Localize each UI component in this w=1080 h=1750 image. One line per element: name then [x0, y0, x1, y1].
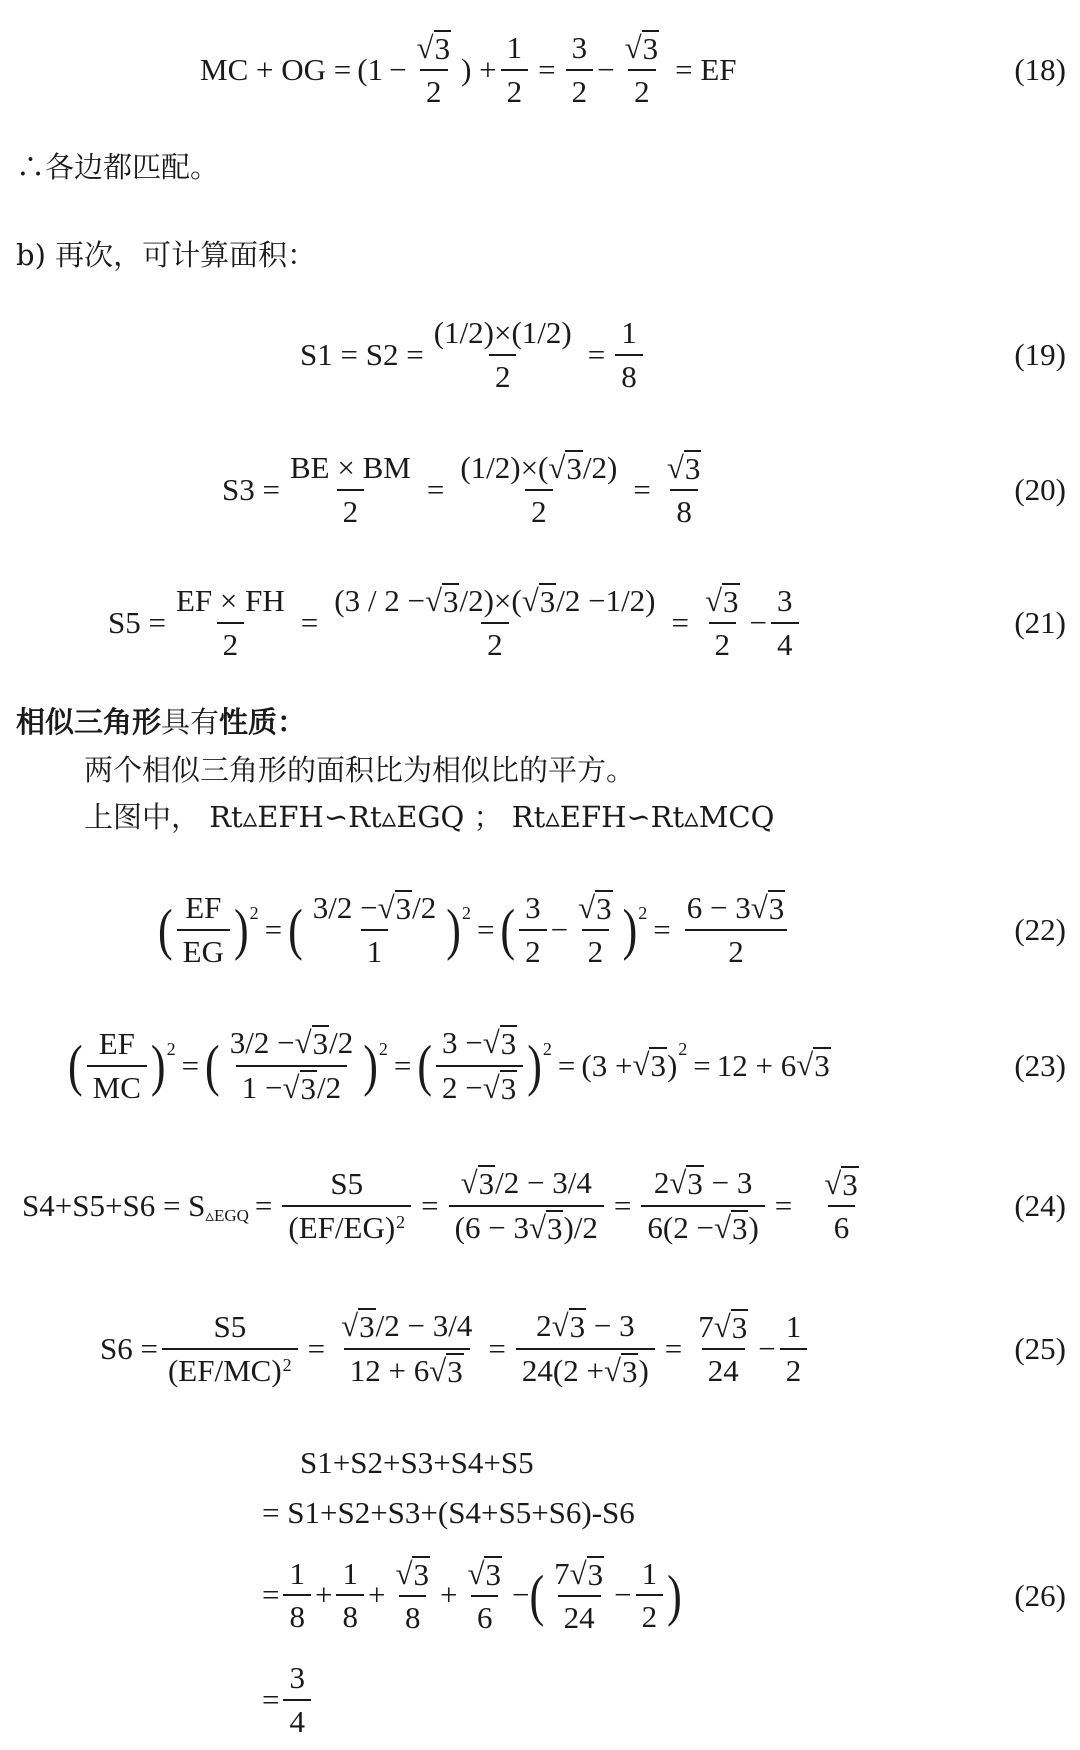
equation-20: S3 = BE × BM2 = (1/2)×(√3/2)2 = √38 (20) [0, 440, 1080, 540]
paren-close: ) [667, 1562, 682, 1628]
fraction: 18 [336, 1556, 364, 1635]
eq25-lhs: S6 = [100, 1331, 158, 1367]
paren-close: ) [527, 1032, 542, 1098]
fraction: √32 [411, 30, 458, 110]
fraction: 12 [780, 1309, 808, 1388]
plus: + [315, 1577, 332, 1613]
triangle-subscript: ▵EGQ [205, 1206, 248, 1226]
fraction: BE × BM2 [284, 450, 417, 529]
equation-26-result: = 34 [0, 1650, 1080, 1750]
fraction: 32 [566, 30, 594, 109]
equation-number: (26) [1014, 1578, 1066, 1614]
fraction: √38 [389, 1556, 436, 1636]
equation-19: S1 = S2 = (1/2)×(1/2)2 = 18 (19) [0, 305, 1080, 405]
equation-26-line3: = 18 + 18 + √38 + √36 − ( 7√324 − 12 ) (… [0, 1543, 1080, 1648]
equation-number: (25) [1014, 1331, 1066, 1367]
fraction: √32 [699, 583, 746, 663]
fraction: √3/2 − 3/412 + 6√3 [335, 1308, 478, 1388]
equals: = [665, 1331, 682, 1367]
fraction: √32 [572, 890, 619, 970]
sqrt-icon: √3 [283, 1070, 318, 1106]
fraction: 12 [636, 1556, 664, 1635]
sqrt-icon: √3 [625, 30, 660, 66]
sqrt-icon: √3 [552, 1308, 587, 1344]
equation-26-line2: = S1+S2+S3+(S4+S5+S6)-S6 [0, 1490, 1080, 1536]
paren-open: ( [68, 1032, 83, 1098]
equals: = [538, 52, 555, 88]
equation-18: MC + OG = (1 − √32 ) + 12 = 32 − √32 = E… [0, 20, 1080, 120]
paren-open: ( [500, 897, 515, 963]
sqrt-icon: √3 [483, 1025, 518, 1061]
equals: = [262, 1577, 279, 1613]
equals: = [614, 1188, 631, 1224]
equals: = [255, 1188, 272, 1224]
plus: + [440, 1577, 457, 1613]
fraction: 3/2 −√3/21 [307, 890, 443, 970]
minus: − [758, 1331, 775, 1367]
equation-23: (EFMC)2 = (3/2 −√3/21 −√3/2)2 = (3 −√32 … [0, 1013, 1080, 1118]
equation-21: S5 = EF × FH2 = (3 / 2 −√3/2)×(√3/2 −1/2… [0, 573, 1080, 673]
fraction: (1/2)×(√3/2)2 [454, 450, 623, 530]
paren-close: ) [623, 897, 638, 963]
paren-open: (1 [357, 52, 383, 88]
paren-close: ) [151, 1032, 166, 1098]
fraction: EF × FH2 [170, 583, 291, 662]
equals: = [693, 1048, 710, 1084]
paren-open: ( [529, 1562, 544, 1628]
sqrt-icon: √3 [669, 1165, 704, 1201]
paren-close: ) [234, 897, 249, 963]
heading-bold2: 性质 [219, 705, 277, 739]
equation-number: (18) [1014, 52, 1066, 88]
property-text: 两个相似三角形的面积比为相似比的平方。 [84, 748, 635, 789]
paren-close: ) [446, 897, 461, 963]
fraction: 12 [501, 30, 529, 109]
eq20-lhs: S3 = [222, 472, 280, 508]
heading-mid: 具有 [161, 705, 219, 739]
minus: − [551, 912, 568, 948]
sqrt-icon: √3 [548, 450, 583, 486]
sqrt-icon: √3 [570, 1556, 605, 1592]
equals: = [653, 912, 670, 948]
paren-open: ( [158, 897, 173, 963]
minus: − [614, 1577, 631, 1613]
eq18-rhs: = EF [675, 52, 736, 88]
sqrt-icon: √3 [395, 1556, 430, 1592]
equals: = [672, 605, 689, 641]
sqrt-icon: √3 [461, 1165, 496, 1201]
equation-number: (24) [1014, 1188, 1066, 1224]
plus: + [368, 1577, 385, 1613]
sqrt-icon: √3 [632, 1047, 667, 1083]
eq24-lhs: S4+S5+S6 = S [22, 1188, 205, 1224]
fraction: EFEG [177, 890, 230, 969]
equals: = [394, 1048, 411, 1084]
step-b-text: b) 再次，可计算面积： [16, 233, 316, 274]
equals: = [775, 1188, 792, 1224]
eq21-lhs: S5 = [108, 605, 166, 641]
eq26-line2: = S1+S2+S3+(S4+S5+S6)-S6 [262, 1495, 635, 1531]
sqrt-icon: √3 [796, 1047, 831, 1083]
equals: = [301, 605, 318, 641]
heading-colon: ： [277, 705, 306, 739]
sqrt-icon: √3 [751, 890, 786, 926]
sqrt-icon: √3 [425, 583, 460, 619]
sqrt-icon: √3 [341, 1308, 376, 1344]
fraction: √36 [818, 1166, 865, 1246]
fraction: S5(EF/MC)2 [162, 1309, 298, 1388]
fraction: 7√324 [548, 1556, 610, 1636]
fraction: (1/2)×(1/2)2 [428, 315, 578, 394]
sqrt-icon: √3 [714, 1309, 749, 1345]
fraction: 18 [615, 315, 643, 394]
paren-open: ( [205, 1032, 220, 1098]
equation-26-line1: S1+S2+S3+S4+S5 [0, 1440, 1080, 1486]
minus: − [389, 52, 406, 88]
sqrt-icon: √3 [295, 1025, 330, 1061]
fraction: 34 [771, 583, 799, 662]
sqrt-icon: √3 [714, 1210, 749, 1246]
fraction: 6 − 3√32 [681, 890, 792, 970]
equation-number: (21) [1014, 605, 1066, 641]
equals: = [308, 1331, 325, 1367]
minus: − [750, 605, 767, 641]
fraction: 7√324 [692, 1309, 754, 1389]
fraction: 3/2 −√3/21 −√3/2 [224, 1025, 360, 1105]
fraction: √36 [461, 1556, 508, 1636]
sqrt-icon: √3 [429, 1353, 464, 1389]
fraction: 18 [283, 1556, 311, 1635]
sqrt-icon: √3 [467, 1556, 502, 1592]
equals: = [588, 337, 605, 373]
equals: = [477, 912, 494, 948]
equals: = [262, 1682, 279, 1718]
section-heading: 相似三角形具有性质： [16, 700, 306, 741]
equals: = [427, 472, 444, 508]
equals: = [633, 472, 650, 508]
fraction: 2√3 − 36(2 −√3) [641, 1165, 764, 1245]
fraction: 34 [283, 1660, 311, 1739]
minus: − [512, 1577, 529, 1613]
sqrt-icon: √3 [604, 1353, 639, 1389]
fraction: √32 [619, 30, 666, 110]
conclusion-text: ∴各边都匹配。 [16, 145, 219, 186]
sqrt-icon: √3 [705, 583, 740, 619]
equals: = [421, 1188, 438, 1224]
equals: = [182, 1048, 199, 1084]
equation-number: (19) [1014, 337, 1066, 373]
equation-number: (20) [1014, 472, 1066, 508]
paren-close-plus: ) + [461, 52, 497, 88]
eq19-lhs: S1 = S2 = [300, 337, 424, 373]
sqrt-icon: √3 [667, 450, 702, 486]
sqrt-icon: √3 [522, 583, 557, 619]
similar-triangles-text: 上图中， Rt▵EFH∽Rt▵EGQ ； Rt▵EFH∽Rt▵MCQ [84, 795, 774, 836]
sqrt-icon: √3 [378, 890, 413, 926]
equation-25: S6 = S5(EF/MC)2 = √3/2 − 3/412 + 6√3 = 2… [0, 1296, 1080, 1401]
eq18-lhs: MC + OG = [200, 52, 351, 88]
paren-close: ) [363, 1032, 378, 1098]
sqrt-icon: √3 [578, 890, 613, 926]
fraction: √38 [661, 450, 708, 530]
minus: − [597, 52, 614, 88]
fraction: 2√3 − 324(2 +√3) [516, 1308, 655, 1388]
eq26-line1: S1+S2+S3+S4+S5 [300, 1445, 534, 1481]
paren-open: ( [417, 1032, 432, 1098]
equals: = [265, 912, 282, 948]
fraction: 32 [519, 890, 547, 969]
fraction: (3 / 2 −√3/2)×(√3/2 −1/2)2 [328, 583, 661, 663]
equation-number: (22) [1014, 912, 1066, 948]
fraction: √3/2 − 3/4(6 − 3√3)/2 [449, 1165, 604, 1245]
sqrt-icon: √3 [483, 1070, 518, 1106]
fraction: EFMC [87, 1026, 147, 1105]
paren-open: ( [288, 897, 303, 963]
fraction: S5(EF/EG)2 [282, 1166, 411, 1245]
equation-22: (EFEG)2 = (3/2 −√3/21)2 = (32−√32)2 = 6 … [0, 880, 1080, 980]
sqrt-icon: √3 [824, 1166, 859, 1202]
equals: = [558, 1048, 575, 1084]
equation-24: S4+S5+S6 = S▵EGQ = S5(EF/EG)2 = √3/2 − 3… [0, 1153, 1080, 1258]
heading-bold: 相似三角形 [16, 705, 161, 739]
sqrt-icon: √3 [417, 30, 452, 66]
equals: = [488, 1331, 505, 1367]
equation-number: (23) [1014, 1048, 1066, 1084]
fraction: 3 −√32 −√3 [436, 1025, 523, 1105]
sqrt-icon: √3 [529, 1210, 564, 1246]
